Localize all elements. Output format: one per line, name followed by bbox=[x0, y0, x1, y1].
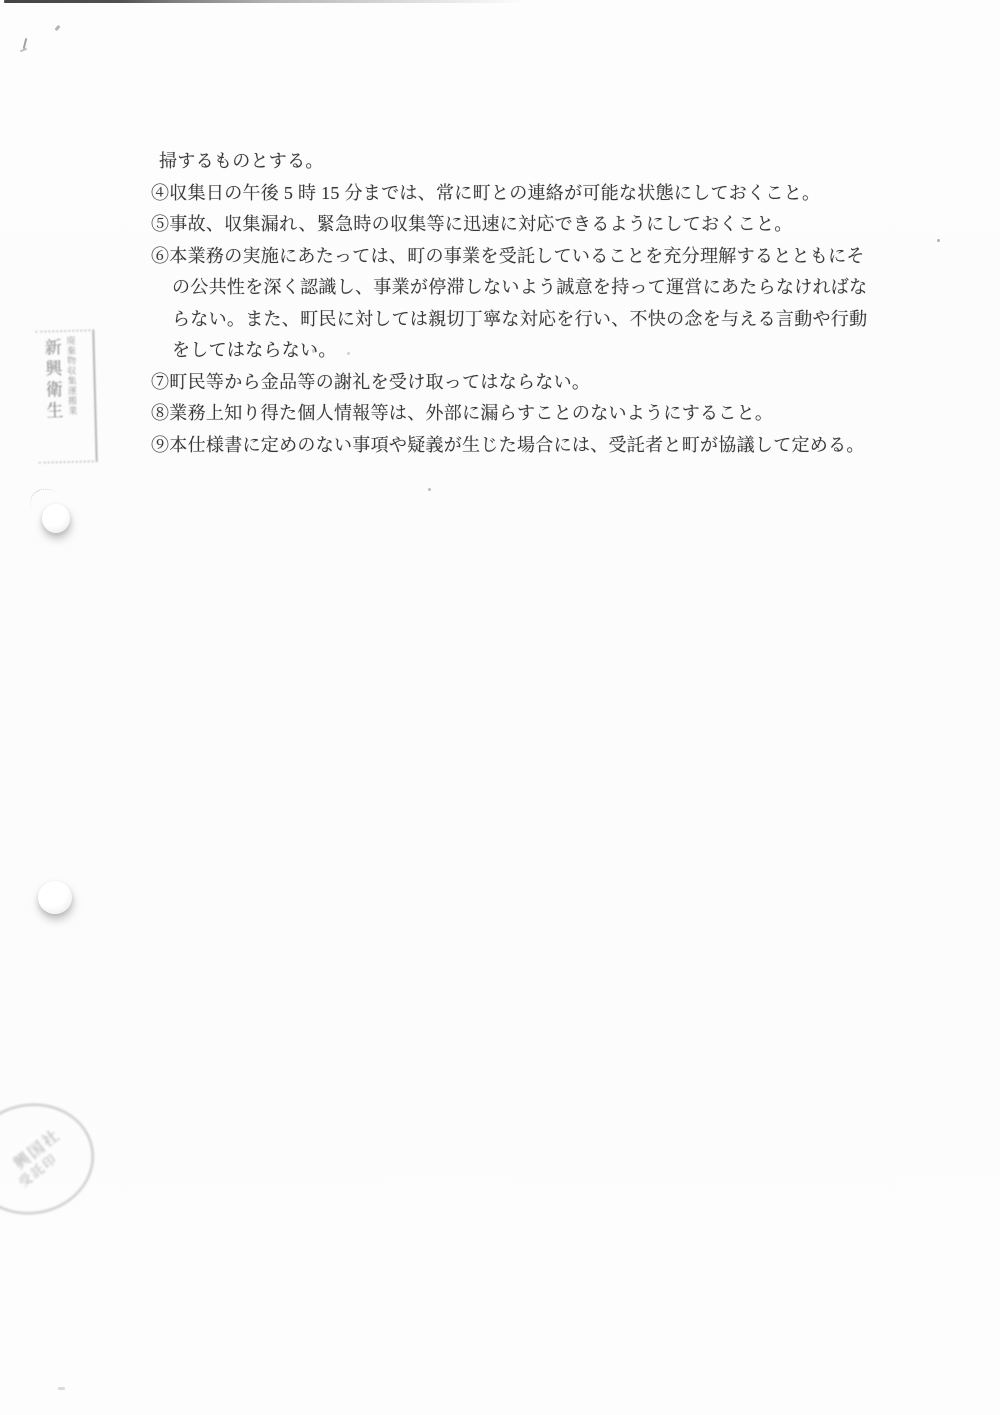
document-line: ⑥本業務の実施にあたっては、町の事業を受託していることを充分理解するとともにそ bbox=[151, 241, 863, 273]
document-line: ⑧業務上知り得た個人情報等は、外部に漏らすことのないようにすること。 bbox=[151, 398, 863, 430]
punch-hole bbox=[38, 881, 72, 914]
document-line: ⑦町民等から金品等の謝礼を受け取ってはならない。 bbox=[151, 367, 863, 399]
scan-artifact bbox=[58, 1387, 65, 1390]
scanner-edge-artifact bbox=[4, 0, 524, 3]
seal-stamp-text: 新興衛生 bbox=[35, 332, 63, 462]
scanned-document-page: 掃するものとする。④収集日の午後 5 時 15 分までは、常に町との連絡が可能な… bbox=[0, 0, 1000, 1415]
scan-artifact bbox=[312, 349, 315, 353]
scan-artifact bbox=[428, 488, 431, 491]
document-line: ⑨本仕様書に定めのない事項や疑義が生じた場合には、受託者と町が協議して定める。 bbox=[151, 430, 863, 462]
document-line: ⑤事故、収集漏れ、緊急時の収集等に迅速に対応できるようにしておくこと。 bbox=[151, 209, 863, 241]
document-text-block: 掃するものとする。④収集日の午後 5 時 15 分までは、常に町との連絡が可能な… bbox=[151, 146, 863, 461]
rectangular-seal-stamp: 新興衛生 廃棄物収集運搬業 bbox=[35, 329, 97, 463]
scan-artifact bbox=[347, 352, 350, 355]
document-line: をしてはならない。 bbox=[151, 335, 863, 367]
document-line: 掃するものとする。 bbox=[151, 146, 863, 178]
scan-artifact bbox=[937, 239, 940, 242]
seal-stamp-text: 廃棄物収集運搬業 bbox=[60, 332, 78, 461]
document-line: の公共性を深く認識し、事業が停滞しないよう誠意を持って運営にあたらなければな bbox=[151, 272, 863, 304]
round-seal-stamp: 興国社 受託印 bbox=[0, 1094, 103, 1224]
scan-artifact bbox=[54, 25, 60, 32]
document-line: らない。また、町民に対しては親切丁寧な対応を行い、不快の念を与える言動や行動 bbox=[151, 304, 863, 336]
scan-artifact bbox=[20, 48, 27, 52]
document-line: ④収集日の午後 5 時 15 分までは、常に町との連絡が可能な状態にしておくこと… bbox=[151, 178, 863, 210]
